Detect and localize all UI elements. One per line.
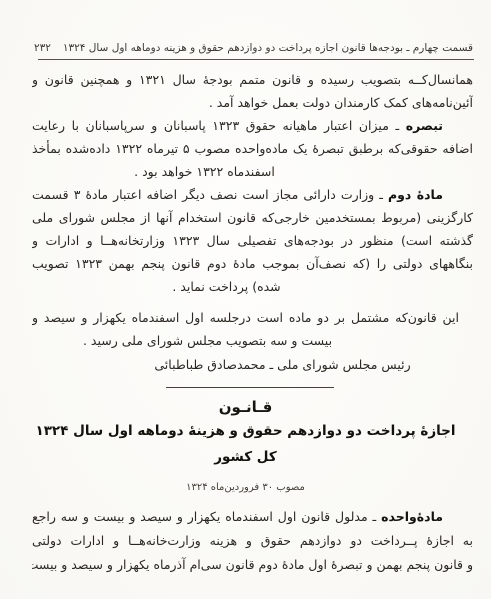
law-title: اجازۀ پرداخت دو دوازدهم حقوق و هزینۀ دوم… <box>0 422 491 441</box>
paragraph-line: و قانون پنجم بهمن و تبصرۀ اول مادۀ دوم ق… <box>32 553 473 577</box>
law-subtitle: کل کشور <box>0 448 491 466</box>
page-number: ۲۳۲ <box>34 42 51 54</box>
article-2-lead-word: مادۀ دوم <box>388 187 443 202</box>
signature-line: رئیس مجلس شورای ملی ـ محمدصادق طباطبائی <box>32 353 473 376</box>
paragraph-line: آئین‌نامه‌های کمک کارمندان دولت بعمل خوا… <box>32 91 473 114</box>
paragraph-line: به اجازۀ پــرداخت دو دوازدهم حقوق و هزین… <box>32 529 473 553</box>
paragraph-line: بنگاههای دولتی را (که نصف‌آن بموجب مادۀ … <box>32 252 473 275</box>
paragraph-spacer <box>32 298 473 306</box>
article-2-first-line: مادۀ دوم ـ وزارت دارائی مجاز است نصف دیگ… <box>32 183 473 206</box>
paragraph-end-line: اسفندماه ۱۳۲۲ خواهد بود . <box>32 160 473 183</box>
law-body-section-1: همانسال‌کــه بتصویب رسیده و قانون متمم ب… <box>0 60 491 376</box>
section-divider-rule <box>166 387 334 388</box>
paragraph-end-line: بیست و سه بتصویب مجلس شورای ملی رسید . <box>32 329 473 352</box>
scanned-law-page: قسمت چهارم ـ بودجه‌ها قانون اجازه پرداخت… <box>0 0 491 599</box>
paragraph-line: همانسال‌کــه بتصویب رسیده و قانون متمم ب… <box>32 68 473 91</box>
paragraph-line: این قانون‌که مشتمل بر دو ماده است درجلسه… <box>32 306 473 329</box>
single-article-lead-word: مادۀواحده <box>381 509 443 524</box>
single-article-first-line: مادۀواحده ـ مدلول قانون اول اسفندماه یکه… <box>32 505 473 529</box>
paragraph-end-line: شده) پرداخت نماید . <box>32 275 473 298</box>
running-header: قسمت چهارم ـ بودجه‌ها قانون اجازه پرداخت… <box>0 0 491 54</box>
law-body-section-2: مادۀواحده ـ مدلول قانون اول اسفندماه یکه… <box>0 495 491 577</box>
note-paragraph-first-line: تبصره ـ میزان اعتبار ماهیانه حقوق ۱۳۲۳ پ… <box>32 114 473 137</box>
paragraph-line: کارگزینی (مربوط بمستخدمین خارجی‌که قانون… <box>32 206 473 229</box>
article-2-line-text: ـ وزارت دارائی مجاز است نصف دیگر اضافه ا… <box>32 187 388 202</box>
running-header-title: قسمت چهارم ـ بودجه‌ها قانون اجازه پرداخت… <box>63 42 473 54</box>
law-kicker: قـانـون <box>0 397 491 417</box>
note-line-text: ـ میزان اعتبار ماهیانه حقوق ۱۳۲۳ پاسبانا… <box>32 118 406 133</box>
paragraph-line: اضافه حقوقی‌که برطبق تبصرۀ یک ماده‌واحده… <box>32 137 473 160</box>
note-lead-word: تبصره <box>406 118 443 133</box>
single-article-line-text: ـ مدلول قانون اول اسفندماه یکهزار و سیصد… <box>32 509 381 524</box>
law-approval-date: مصوب ۳۰ فروردین‌ماه ۱۳۲۴ <box>0 481 491 495</box>
paragraph-line: گذشته است) منظور در بودجه‌های تفصیلی سال… <box>32 229 473 252</box>
